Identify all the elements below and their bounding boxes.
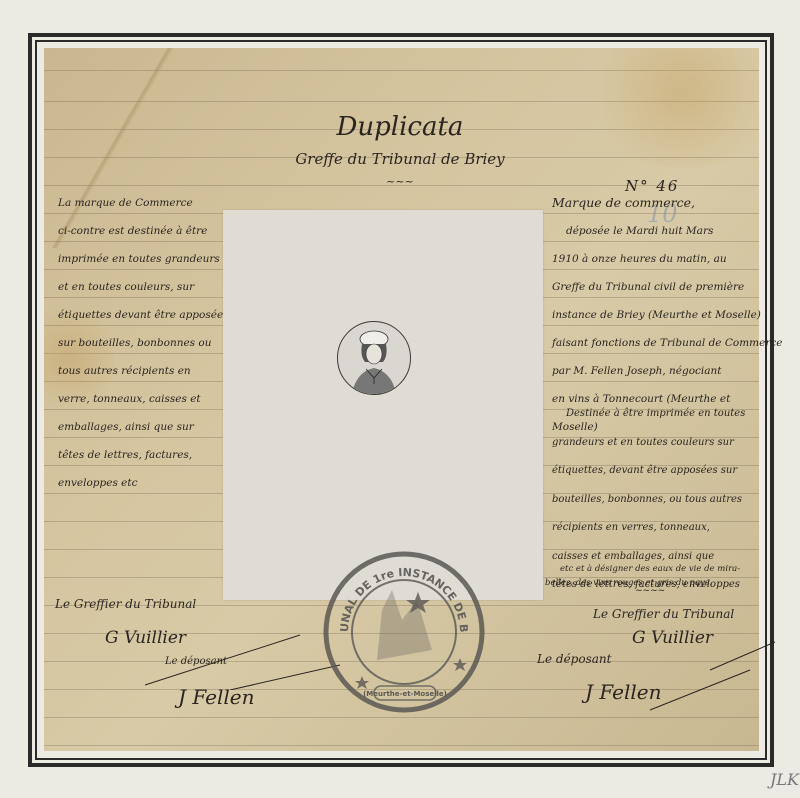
signature-flourish [140,630,340,690]
right-line: Marque de commerce, [552,189,782,217]
left-text-block: La marque de Commerce ci-contre est dest… [58,189,229,497]
right-line: par M. Fellen Joseph, négociant [552,357,782,385]
left-line: étiquettes devant être apposées [58,301,229,329]
left-line: imprimée en toutes grandeurs [58,245,229,273]
court-seal-stamp: TRIBUNAL DE 1re INSTANCE DE BRIEY (Meurt… [322,550,486,714]
right-greffier-label: Le Greffier du Tribunal [593,600,734,628]
signature-flourish [560,630,780,720]
right-line: déposée le Mardi huit Mars [552,217,782,245]
right-destination-line: Destinée à être imprimée en toutes [552,400,745,429]
left-line: ci-contre est destinée à être [58,217,229,245]
left-greffier-label: Le Greffier du Tribunal [55,590,196,618]
title-underline-flourish: ~~~ [0,175,800,188]
svg-text:(Meurthe-et-Moselle): (Meurthe-et-Moselle) [363,690,447,698]
left-line: et en toutes couleurs, sur [58,273,229,301]
document-subtitle: Greffe du Tribunal de Briey [0,150,800,168]
right-line: 1910 à onze heures du matin, au [552,245,782,273]
left-line: emballages, ainsi que sur [58,413,229,441]
right-destination-line: récipients en verres, tonneaux, [552,514,745,543]
right-destination-line: grandeurs et en toutes couleurs sur [552,429,745,458]
right-line: Greffe du Tribunal civil de première [552,273,782,301]
right-line: instance de Briey (Meurthe et Moselle) [552,301,782,329]
left-line: verre, tonneaux, caisses et [58,385,229,413]
left-line: têtes de lettres, factures, [58,441,229,469]
left-line: enveloppes etc [58,469,229,497]
woman-portrait-icon [338,322,410,394]
left-line: tous autres récipients en [58,357,229,385]
right-destination-line: etc et à désigner des eaux de vie de mir… [560,562,740,576]
left-line: La marque de Commerce [58,189,229,217]
right-destination-line: étiquettes, devant être apposées sur [552,457,745,486]
trademark-label-area [223,210,543,600]
right-line: faisant fonctions de Tribunal de Commerc… [552,329,782,357]
right-end-flourish: ~~~~ [635,585,665,597]
left-line: sur bouteilles, bonbonnes ou [58,329,229,357]
right-destination-line: bouteilles, bonbonnes, ou tous autres [552,486,745,515]
portrait-vignette [337,321,411,395]
document-title: Duplicata [0,112,800,142]
corner-monogram: JLK [770,770,799,789]
